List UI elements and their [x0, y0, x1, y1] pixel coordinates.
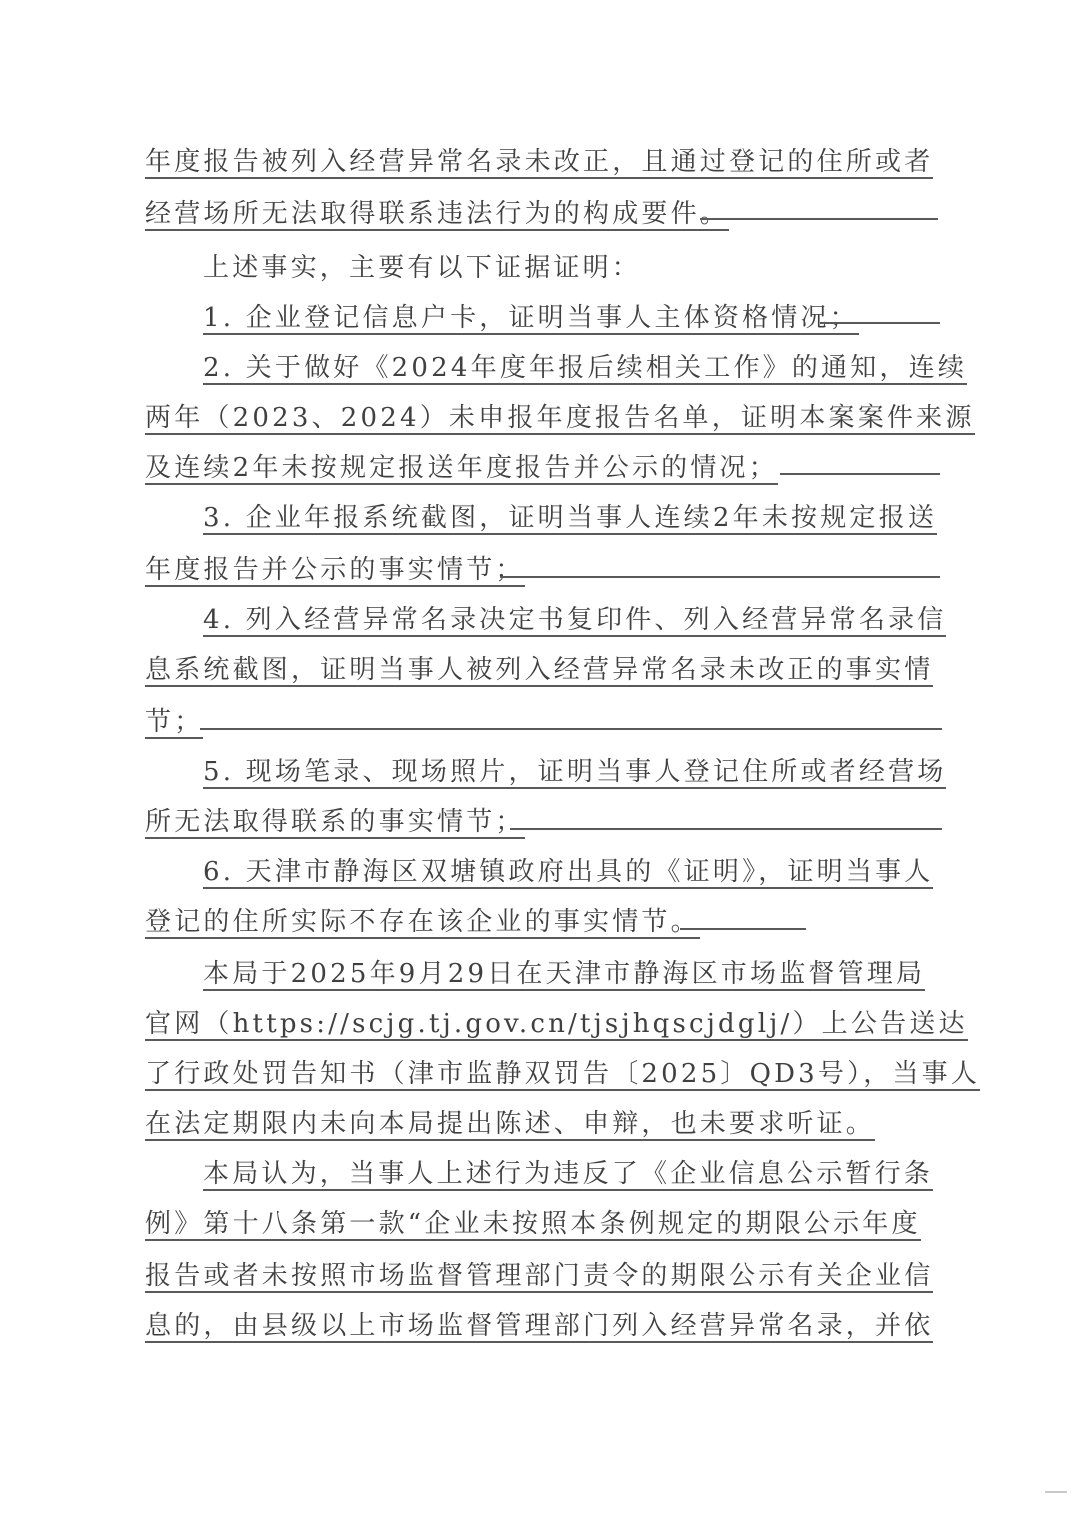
- text-line-7: 及连续2年未按规定报送年度报告并公示的情况；: [145, 446, 940, 490]
- underlined-text: 了行政处罚告知书（津市监静双罚告〔2025〕QD3号），当事人: [145, 1059, 980, 1091]
- underline-rule: [510, 828, 942, 830]
- underlined-text: 两年（2023、2024）未申报年度报告名单，证明本案案件来源: [145, 403, 975, 435]
- underlined-text: 所无法取得联系的事实情节；: [145, 807, 525, 839]
- text-line-14: 所无法取得联系的事实情节；: [145, 800, 940, 844]
- underlined-text: 本局于2025年9月29日在天津市静海区市场监督管理局: [203, 959, 925, 991]
- text-line-12: 节；: [145, 700, 940, 744]
- paragraph-text: 上述事实，主要有以下证据证明：: [203, 253, 641, 283]
- underlined-text: 5. 现场笔录、现场照片，证明当事人登记住所或者经营场: [203, 757, 946, 789]
- underlined-text: 经营场所无法取得联系违法行为的构成要件。: [145, 199, 729, 231]
- underlined-text: 本局认为，当事人上述行为违反了《企业信息公示暂行条: [203, 1159, 933, 1191]
- underlined-text: 6. 天津市静海区双塘镇政府出具的《证明》，证明当事人: [203, 857, 933, 889]
- underlined-text: 登记的住所实际不存在该企业的事实情节。: [145, 907, 700, 939]
- evidence-item-4: 4. 列入经营异常名录决定书复印件、列入经营异常名录信: [145, 598, 940, 642]
- text-line-9: 年度报告并公示的事实情节；: [145, 548, 940, 592]
- underlined-text: 报告或者未按照市场监督管理部门责令的期限公示有关企业信: [145, 1261, 933, 1293]
- underline-rule: [200, 728, 942, 730]
- text-line-1: 年度报告被列入经营异常名录未改正，且通过登记的住所或者: [145, 140, 940, 184]
- underline-rule: [700, 218, 938, 220]
- underlined-text: 1. 企业登记信息户卡，证明当事人主体资格情况；: [203, 303, 859, 335]
- scan-mark: [1045, 1491, 1067, 1493]
- text-line-17: 本局于2025年9月29日在天津市静海区市场监督管理局: [145, 952, 940, 996]
- text-line-21: 本局认为，当事人上述行为违反了《企业信息公示暂行条: [145, 1152, 940, 1196]
- evidence-item-3: 3. 企业年报系统截图，证明当事人连续2年未按规定报送: [145, 496, 940, 540]
- underlined-text: 在法定期限内未向本局提出陈述、申辩，也未要求听证。: [145, 1109, 875, 1141]
- text-line-3: 上述事实，主要有以下证据证明：: [145, 246, 940, 290]
- underlined-text: 年度报告被列入经营异常名录未改正，且通过登记的住所或者: [145, 147, 933, 179]
- evidence-item-6: 6. 天津市静海区双塘镇政府出具的《证明》，证明当事人: [145, 850, 940, 894]
- underlined-text: 及连续2年未按规定报送年度报告并公示的情况；: [145, 453, 778, 485]
- text-line-19: 了行政处罚告知书（津市监静双罚告〔2025〕QD3号），当事人: [145, 1052, 940, 1096]
- underline-rule: [500, 576, 940, 578]
- text-line-6: 两年（2023、2024）未申报年度报告名单，证明本案案件来源: [145, 396, 940, 440]
- text-line-2: 经营场所无法取得联系违法行为的构成要件。: [145, 192, 940, 236]
- text-line-22: 例》第十八条第一款“企业未按照本条例规定的期限公示年度: [145, 1202, 940, 1246]
- underlined-text: 2. 关于做好《2024年度年报后续相关工作》的通知，连续: [203, 353, 967, 385]
- evidence-item-5: 5. 现场笔录、现场照片，证明当事人登记住所或者经营场: [145, 750, 940, 794]
- evidence-item-1: 1. 企业登记信息户卡，证明当事人主体资格情况；: [145, 296, 940, 340]
- underlined-text: 4. 列入经营异常名录决定书复印件、列入经营异常名录信: [203, 605, 946, 637]
- text-line-16: 登记的住所实际不存在该企业的事实情节。: [145, 900, 940, 944]
- underlined-text: 节；: [145, 707, 203, 739]
- text-line-24: 息的，由县级以上市场监督管理部门列入经营异常名录，并依: [145, 1304, 940, 1348]
- underlined-text: 3. 企业年报系统截图，证明当事人连续2年未按规定报送: [203, 503, 937, 535]
- underlined-text: 息的，由县级以上市场监督管理部门列入经营异常名录，并依: [145, 1311, 933, 1343]
- underlined-text: 息系统截图，证明当事人被列入经营异常名录未改正的事实情: [145, 655, 933, 687]
- text-line-11: 息系统截图，证明当事人被列入经营异常名录未改正的事实情: [145, 648, 940, 692]
- underlined-text: 年度报告并公示的事实情节；: [145, 555, 525, 587]
- underline-rule: [780, 473, 940, 475]
- underline-rule: [680, 928, 806, 930]
- text-line-23: 报告或者未按照市场监督管理部门责令的期限公示有关企业信: [145, 1254, 940, 1298]
- evidence-item-2: 2. 关于做好《2024年度年报后续相关工作》的通知，连续: [145, 346, 940, 390]
- underlined-text: 官网（https://scjg.tj.gov.cn/tjsjhqscjdglj/…: [145, 1009, 968, 1041]
- underline-rule: [820, 322, 940, 324]
- text-line-20: 在法定期限内未向本局提出陈述、申辩，也未要求听证。: [145, 1102, 940, 1146]
- text-line-18: 官网（https://scjg.tj.gov.cn/tjsjhqscjdglj/…: [145, 1002, 940, 1046]
- document-page: 年度报告被列入经营异常名录未改正，且通过登记的住所或者 经营场所无法取得联系违法…: [0, 0, 1074, 1516]
- underlined-text: 例》第十八条第一款“企业未按照本条例规定的期限公示年度: [145, 1209, 921, 1241]
